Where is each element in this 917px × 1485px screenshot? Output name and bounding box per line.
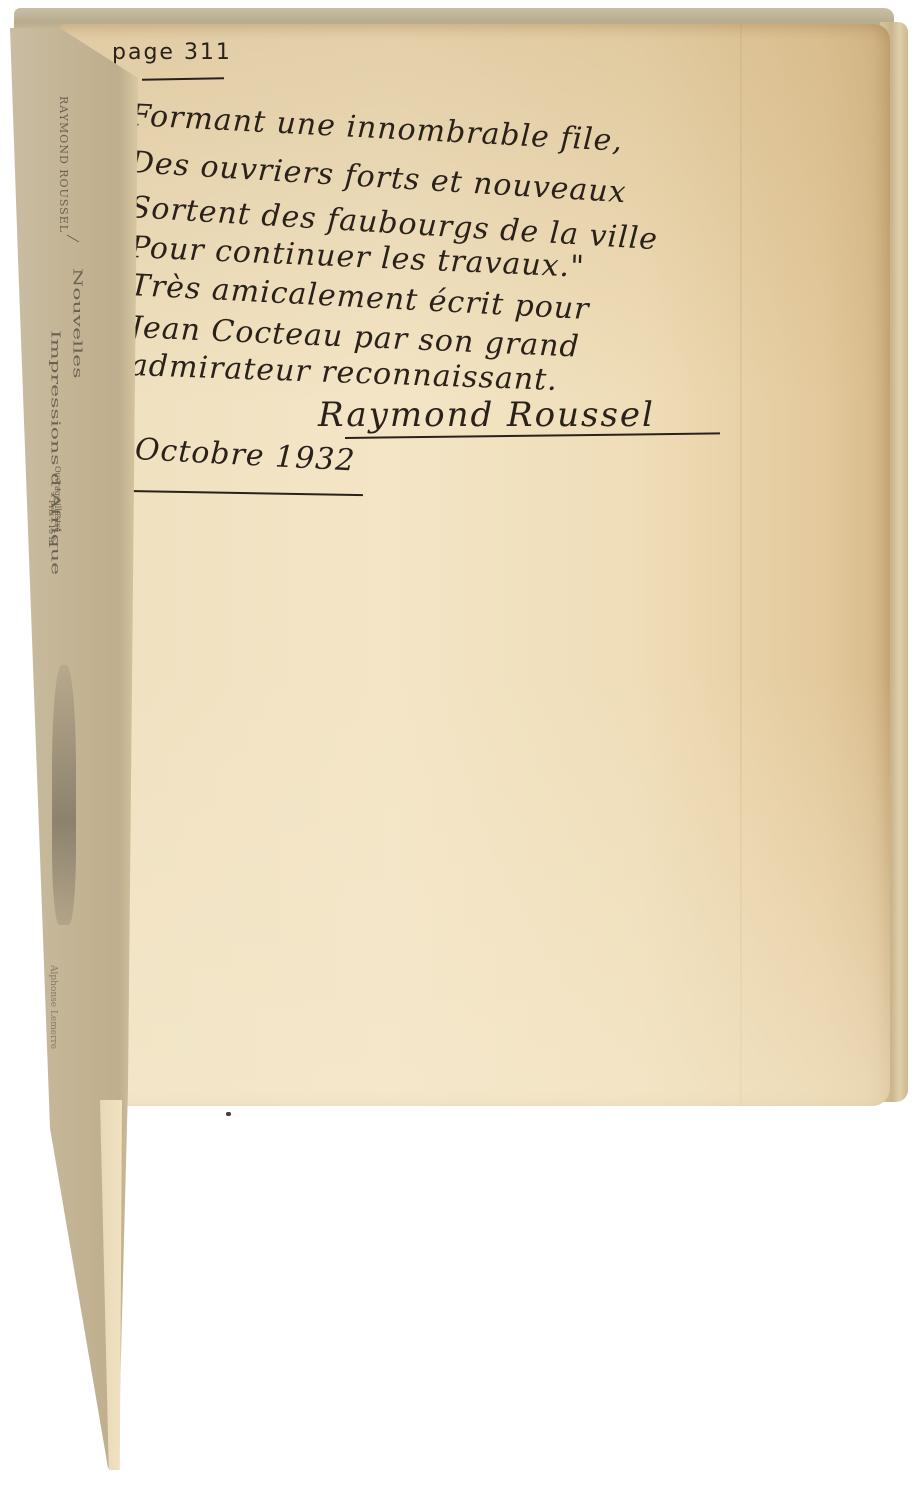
signature: Raymond Roussel	[318, 395, 655, 435]
cover-publisher: Alphonse Lemerre	[48, 965, 58, 1049]
cover-price: Prix : 15 fr.	[47, 500, 56, 545]
cover-author: RAYMOND ROUSSEL	[57, 96, 70, 233]
cover-vignette-illustration-icon	[52, 665, 76, 925]
cover-title-line-1: Nouvelles	[70, 268, 84, 379]
paper-speck	[226, 1112, 231, 1116]
page-reference: page 311	[112, 40, 232, 65]
page-crease	[740, 24, 742, 1106]
